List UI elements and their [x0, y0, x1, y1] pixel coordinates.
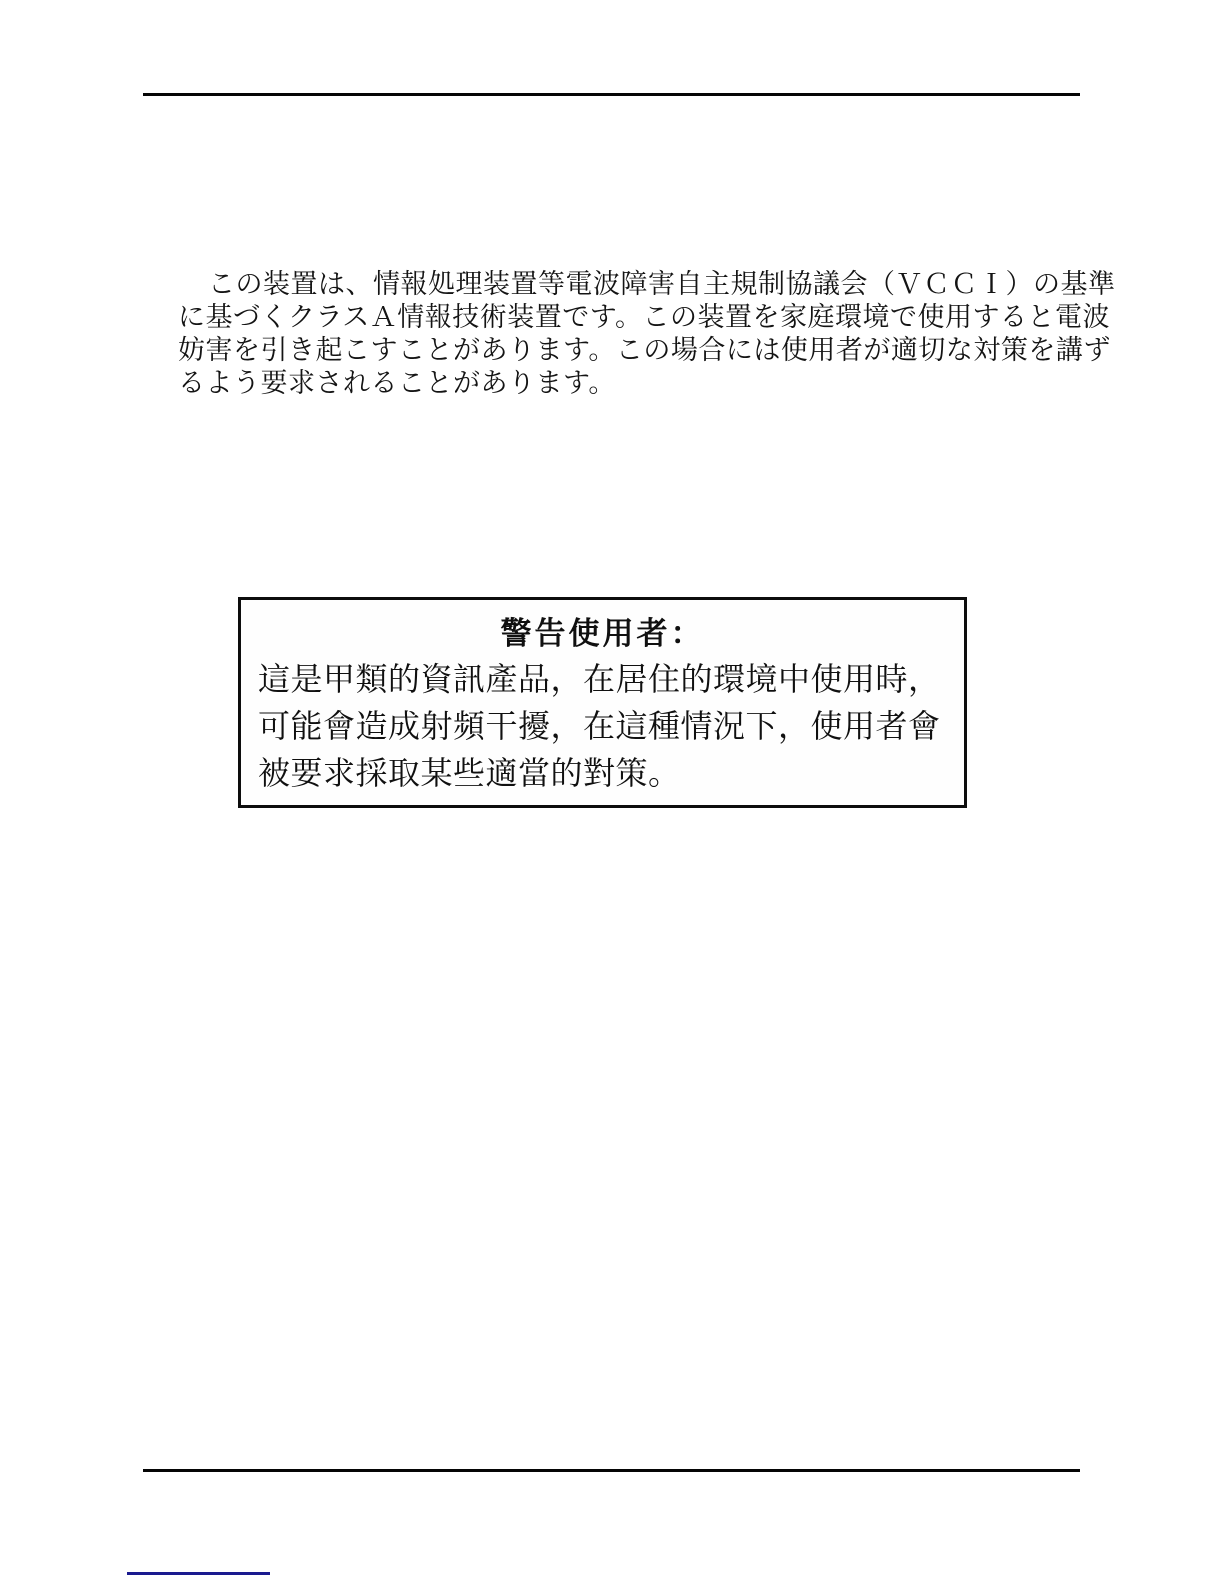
warning-box-line: 被要求採取某些適當的對策。	[258, 750, 964, 797]
vcci-notice-line: 妨害を引き起こすことがあります。この場合には使用者が適切な対策を講ず	[178, 334, 1063, 367]
document-page: この装置は、情報処理装置等電波障害自主規制協議会（ＶＣＣＩ）の基準 に基づくクラ…	[0, 0, 1224, 1584]
vcci-notice-line: この装置は、情報処理装置等電波障害自主規制協議会（ＶＣＣＩ）の基準	[178, 268, 1063, 301]
warning-box-title: 警告使用者：	[241, 614, 964, 654]
vcci-notice-line: るよう要求されることがあります。	[178, 367, 1063, 400]
vcci-notice-line: に基づくクラスＡ情報技術装置です。この装置を家庭環境で使用すると電波	[178, 301, 1063, 334]
warning-box-line: 這是甲類的資訊產品，在居住的環境中使用時，	[258, 656, 964, 703]
vcci-notice-paragraph: この装置は、情報処理装置等電波障害自主規制協議会（ＶＣＣＩ）の基準 に基づくクラ…	[178, 268, 1063, 400]
warning-box-line: 可能會造成射頻干擾，在這種情況下，使用者會	[258, 703, 964, 750]
top-horizontal-rule	[143, 93, 1080, 96]
class-a-warning-box: 警告使用者： 這是甲類的資訊產品，在居住的環境中使用時， 可能會造成射頻干擾，在…	[238, 597, 967, 808]
footer-link-underline[interactable]	[127, 1572, 270, 1575]
warning-box-body: 這是甲類的資訊產品，在居住的環境中使用時， 可能會造成射頻干擾，在這種情況下，使…	[258, 656, 964, 797]
bottom-horizontal-rule	[143, 1469, 1080, 1472]
